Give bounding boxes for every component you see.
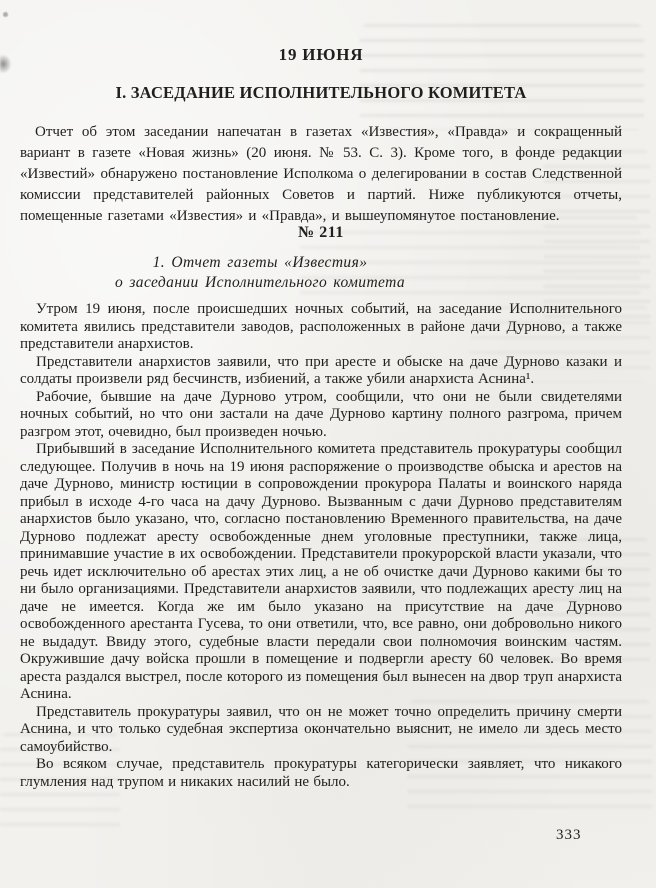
- date-heading: 19 ИЮНЯ: [20, 45, 622, 65]
- document-title-line2: о заседании Исполнительного комитета: [20, 273, 500, 293]
- body-paragraph: Утром 19 июня, после происшедших ночных …: [20, 301, 622, 354]
- body-paragraph: Представители анархистов заявили, что пр…: [20, 354, 622, 389]
- scan-speck: [3, 12, 8, 17]
- editorial-note: Отчет об этом заседании напечатан в газе…: [20, 122, 622, 227]
- document-number: № 211: [20, 224, 622, 242]
- document-title: 1. Отчет газеты «Известия» о заседании И…: [20, 253, 500, 292]
- page-number: 333: [556, 827, 582, 844]
- scan-smudge: [0, 55, 11, 73]
- body-paragraph: Рабочие, бывшие на даче Дурново утром, с…: [20, 389, 622, 442]
- section-heading: I. ЗАСЕДАНИЕ ИСПОЛНИТЕЛЬНОГО КОМИТЕТА: [20, 83, 622, 103]
- document-body: Утром 19 июня, после происшедших ночных …: [20, 301, 622, 791]
- body-paragraph: Представитель прокуратуры заявил, что он…: [20, 704, 622, 757]
- scanned-book-page: 19 ИЮНЯ I. ЗАСЕДАНИЕ ИСПОЛНИТЕЛЬНОГО КОМ…: [0, 0, 656, 888]
- page-bleedthrough-artifact: [360, 24, 644, 130]
- body-paragraph: Прибывший в заседание Исполнительного ко…: [20, 441, 622, 704]
- document-title-line1: 1. Отчет газеты «Известия»: [20, 253, 500, 273]
- body-paragraph: Во всяком случае, представитель прокурат…: [20, 756, 622, 791]
